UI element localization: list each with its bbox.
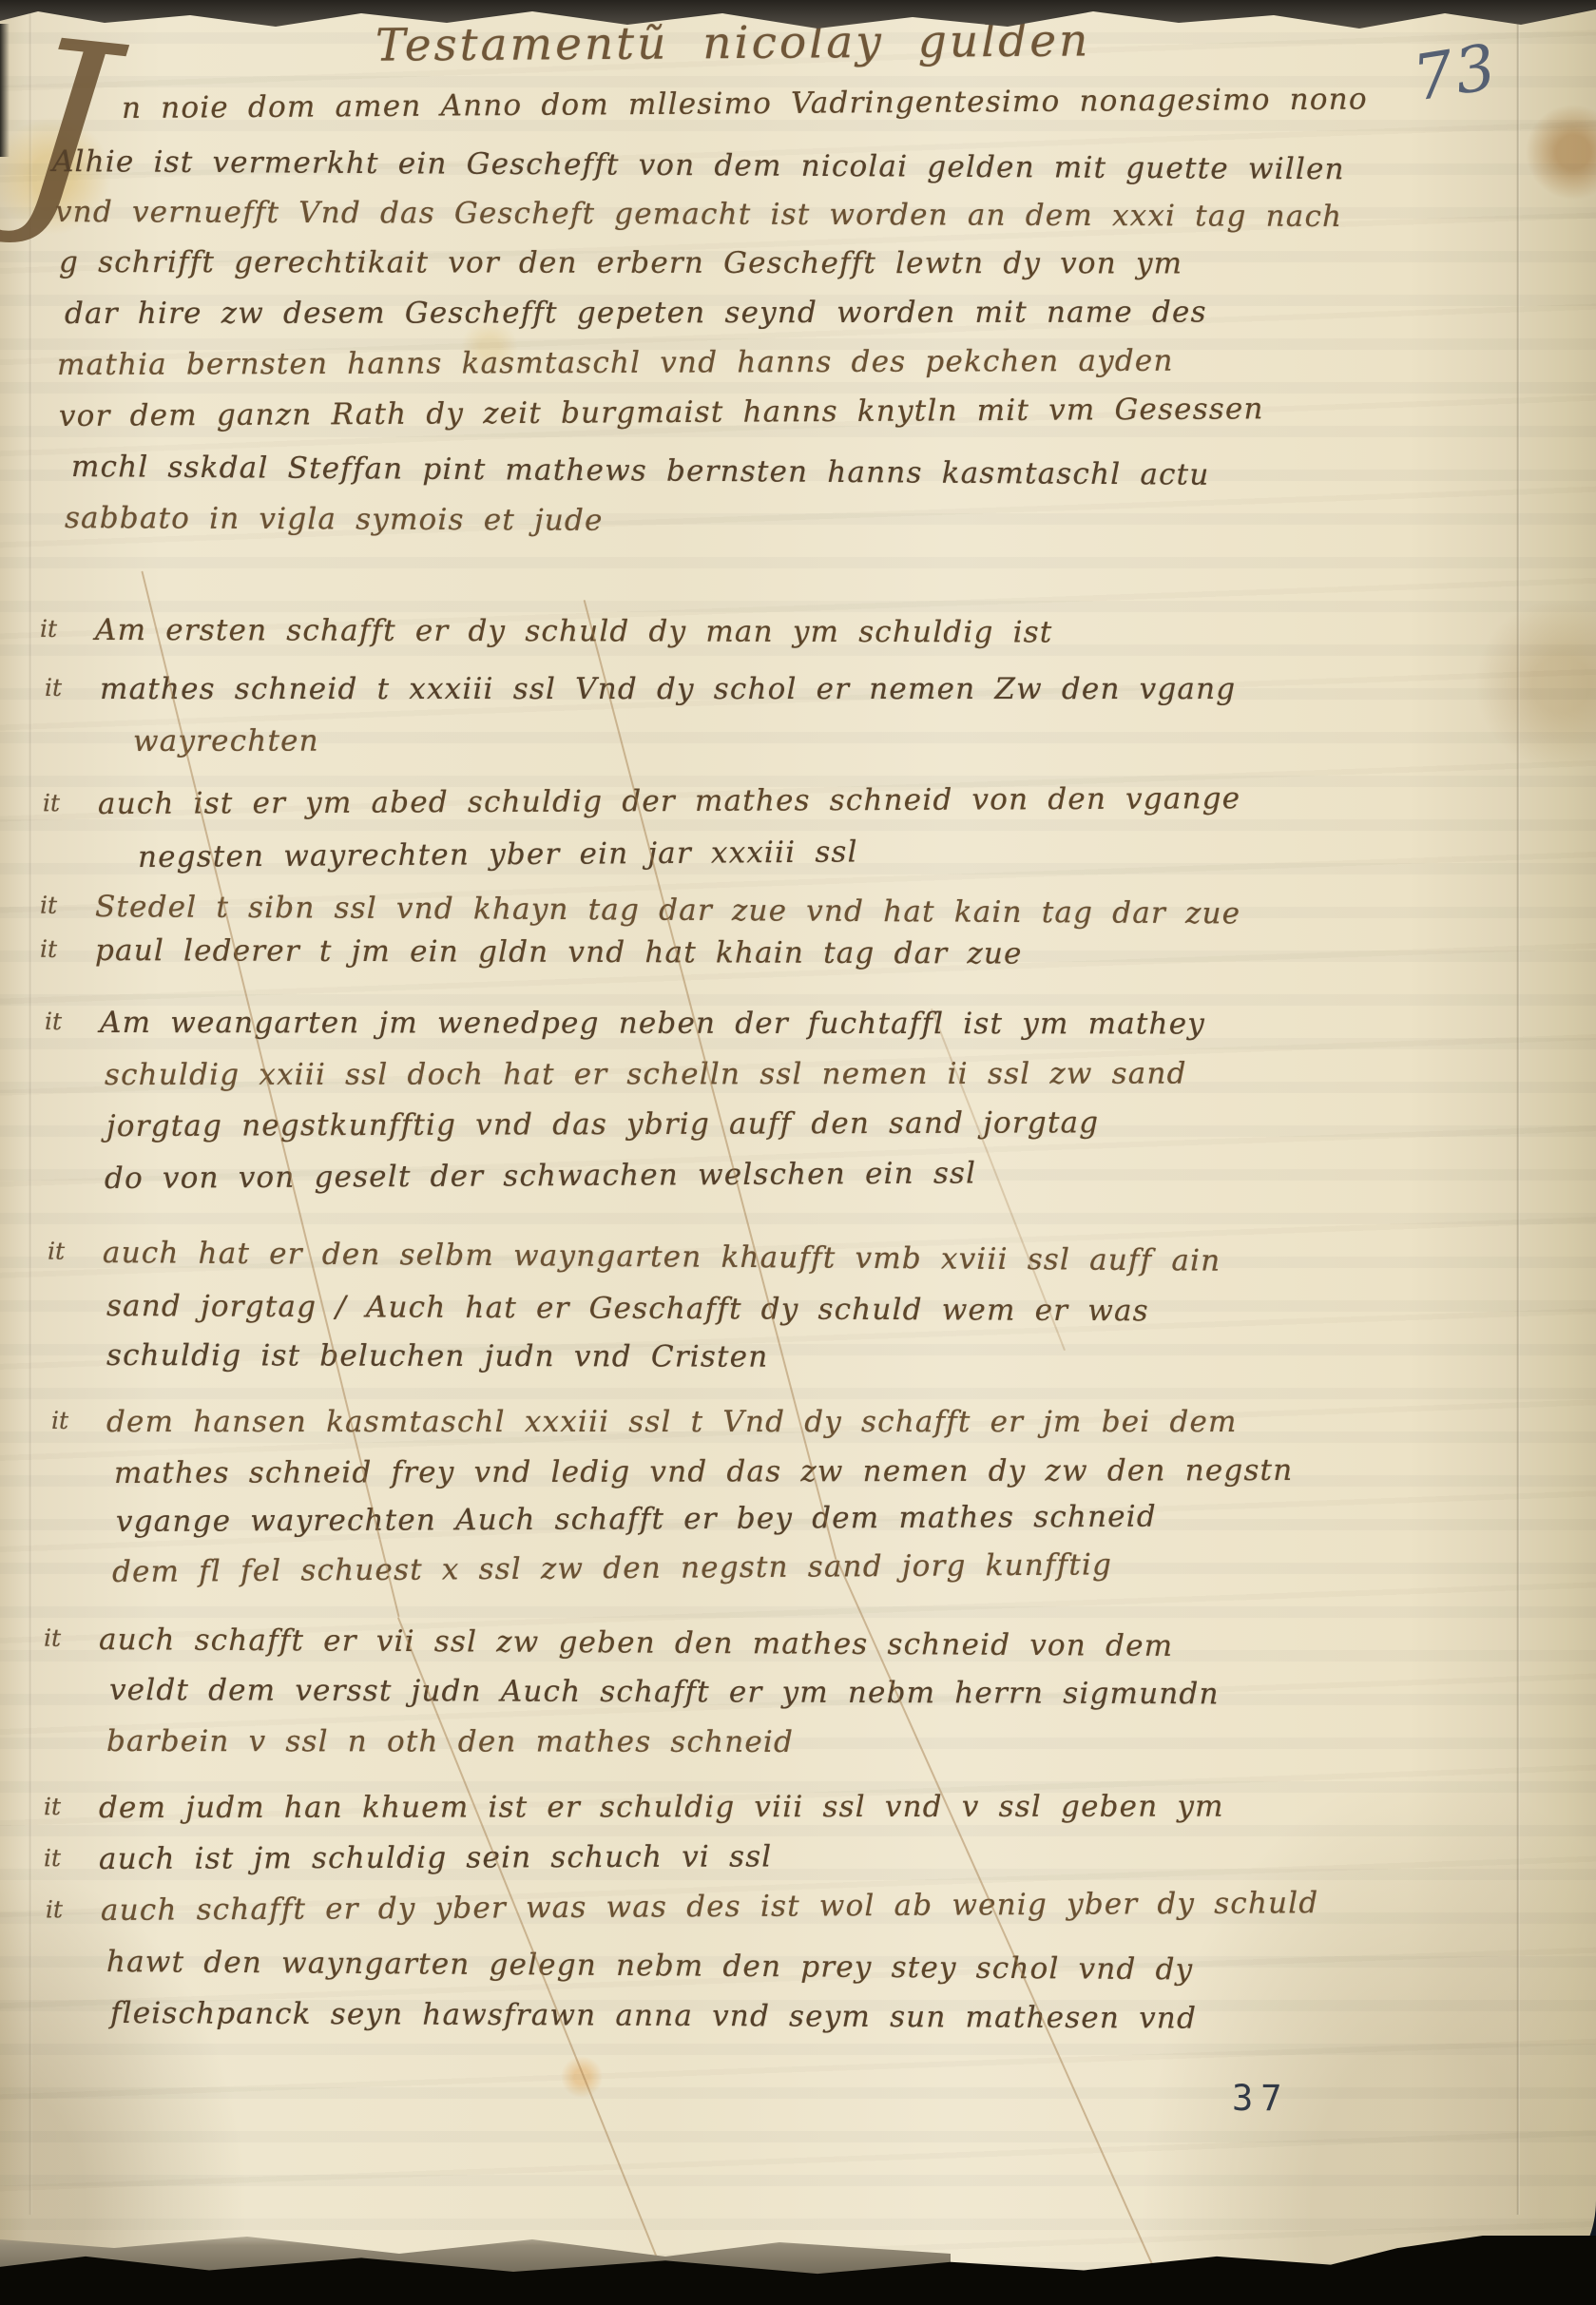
line-text: jorgtag negstkunfftig vnd das ybrig auff… xyxy=(106,1105,1099,1143)
line-text: vgange wayrechten Auch schafft er bey de… xyxy=(116,1500,1157,1539)
item-marker: it xyxy=(48,1238,65,1265)
item-marker: it xyxy=(46,1895,63,1923)
item-line: itdem judm han khuem ist er schuldig vii… xyxy=(99,1790,1224,1825)
text-line: schuldig ist beluchen judn vnd Cristen xyxy=(106,1338,769,1374)
line-text: vnd vernuefft Vnd das Gescheft gemacht i… xyxy=(55,195,1342,234)
item-line: itauch ist er ym abed schuldig der mathe… xyxy=(98,781,1240,821)
page-edge-shadow xyxy=(0,24,10,157)
line-text: g schrifft gerechtikait vor den erbern G… xyxy=(59,245,1183,280)
line-text: auch ist er ym abed schuldig der mathes … xyxy=(98,781,1240,821)
text-line: mathia bernsten hanns kasmtaschl vnd han… xyxy=(57,344,1174,382)
item-marker: it xyxy=(44,1624,61,1652)
line-text: mathes schneid t xxxiii ssl Vnd dy schol… xyxy=(100,672,1236,706)
line-text: n noie dom amen Anno dom mllesimo Vadrin… xyxy=(122,82,1368,125)
text-line: do von von geselt der schwachen welschen… xyxy=(105,1156,976,1196)
text-line: n noie dom amen Anno dom mllesimo Vadrin… xyxy=(122,82,1368,125)
text-line: negsten wayrechten yber ein jar xxxiii s… xyxy=(138,835,858,874)
item-line: itAm ersten schafft er dy schuld dy man … xyxy=(95,613,1053,649)
line-text: dem hansen kasmtaschl xxxiii ssl t Vnd d… xyxy=(106,1405,1238,1439)
line-text: dar hire zw desem Geschefft gepeten seyn… xyxy=(65,296,1207,331)
item-line: itAm weangarten jm wenedpeg neben der fu… xyxy=(100,1006,1205,1041)
item-line: itauch ist jm schuldig sein schuch vi ss… xyxy=(99,1839,773,1876)
line-text: wayrechten xyxy=(133,724,319,759)
text-line: hawt den wayngarten gelegn nebm den prey… xyxy=(106,1945,1194,1987)
item-line: itdem hansen kasmtaschl xxxiii ssl t Vnd… xyxy=(106,1405,1238,1439)
line-text: barbein v ssl n oth den mathes schneid xyxy=(106,1724,794,1759)
line-text: mchl sskdal Steffan pint mathews bernste… xyxy=(71,450,1210,492)
item-marker: it xyxy=(44,1793,61,1820)
line-text: mathes schneid frey vnd ledig vnd das zw… xyxy=(114,1453,1293,1490)
line-text: dem judm han khuem ist er schuldig viii … xyxy=(99,1790,1224,1825)
line-text: auch ist jm schuldig sein schuch vi ssl xyxy=(99,1839,773,1876)
item-line: itmathes schneid t xxxiii ssl Vnd dy sch… xyxy=(100,672,1236,706)
manuscript-page: Testamentũ nicolay gulden 73 J n noie do… xyxy=(0,0,1596,2305)
line-text: veldt dem versst judn Auch schafft er ym… xyxy=(109,1673,1220,1711)
item-marker: it xyxy=(40,892,57,919)
item-marker: it xyxy=(51,1407,68,1434)
text-line: sand jorgtag / Auch hat er Geschafft dy … xyxy=(106,1289,1149,1328)
line-text: dem fl fel schuest x ssl zw den negstn s… xyxy=(112,1547,1112,1589)
item-marker: it xyxy=(40,615,57,643)
text-line: dar hire zw desem Geschefft gepeten seyn… xyxy=(65,296,1207,331)
item-marker: it xyxy=(45,674,62,701)
line-text: negsten wayrechten yber ein jar xxxiii s… xyxy=(138,835,858,874)
text-line: mathes schneid frey vnd ledig vnd das zw… xyxy=(114,1453,1293,1490)
text-line: vor dem ganzn Rath dy zeit burgmaist han… xyxy=(59,392,1264,433)
item-marker: it xyxy=(40,935,57,963)
line-text: Alhie ist vermerkht ein Geschefft von de… xyxy=(52,144,1345,186)
text-line: Alhie ist vermerkht ein Geschefft von de… xyxy=(52,144,1345,186)
text-line: vnd vernuefft Vnd das Gescheft gemacht i… xyxy=(55,195,1342,234)
item-line: itauch schafft er vii ssl zw geben den m… xyxy=(99,1623,1173,1663)
line-text: schuldig ist beluchen judn vnd Cristen xyxy=(106,1338,769,1374)
text-line: jorgtag negstkunfftig vnd das ybrig auff… xyxy=(106,1105,1099,1143)
text-line: barbein v ssl n oth den mathes schneid xyxy=(106,1724,794,1759)
line-text: Am ersten schafft er dy schuld dy man ym… xyxy=(95,613,1053,649)
line-text: do von von geselt der schwachen welschen… xyxy=(105,1156,976,1196)
page-fold-crease xyxy=(1516,0,1520,2215)
text-line: vgange wayrechten Auch schafft er bey de… xyxy=(116,1500,1157,1539)
gutter-crease xyxy=(29,0,32,2215)
text-line: wayrechten xyxy=(133,724,319,759)
line-text: auch hat er den selbm wayngarten khaufft… xyxy=(103,1236,1221,1278)
line-text: Am weangarten jm wenedpeg neben der fuch… xyxy=(100,1006,1205,1041)
line-text: auch schafft er vii ssl zw geben den mat… xyxy=(99,1623,1173,1663)
item-line: itauch hat er den selbm wayngarten khauf… xyxy=(103,1236,1221,1278)
item-marker: it xyxy=(44,1844,61,1872)
text-line: dem fl fel schuest x ssl zw den negstn s… xyxy=(112,1547,1112,1589)
line-text: mathia bernsten hanns kasmtaschl vnd han… xyxy=(57,344,1174,382)
line-text: sabbato in vigla symois et jude xyxy=(65,501,604,538)
text-line: g schrifft gerechtikait vor den erbern G… xyxy=(59,245,1183,280)
line-text: auch schafft er dy yber was was des ist … xyxy=(101,1886,1319,1928)
line-text: hawt den wayngarten gelegn nebm den prey… xyxy=(106,1945,1194,1987)
text-line: sabbato in vigla symois et jude xyxy=(65,501,604,538)
item-line: itauch schafft er dy yber was was des is… xyxy=(101,1886,1319,1928)
item-marker: it xyxy=(43,789,60,816)
folio-number-top: 73 xyxy=(1409,30,1503,116)
line-text: sand jorgtag / Auch hat er Geschafft dy … xyxy=(106,1289,1149,1328)
text-line: veldt dem versst judn Auch schafft er ym… xyxy=(109,1673,1220,1711)
folio-stamp-bottom: 37 xyxy=(1232,2078,1290,2119)
item-marker: it xyxy=(45,1008,62,1035)
text-line: mchl sskdal Steffan pint mathews bernste… xyxy=(71,450,1210,492)
manuscript-scan: Testamentũ nicolay gulden 73 J n noie do… xyxy=(0,0,1596,2305)
line-text: vor dem ganzn Rath dy zeit burgmaist han… xyxy=(59,392,1264,433)
